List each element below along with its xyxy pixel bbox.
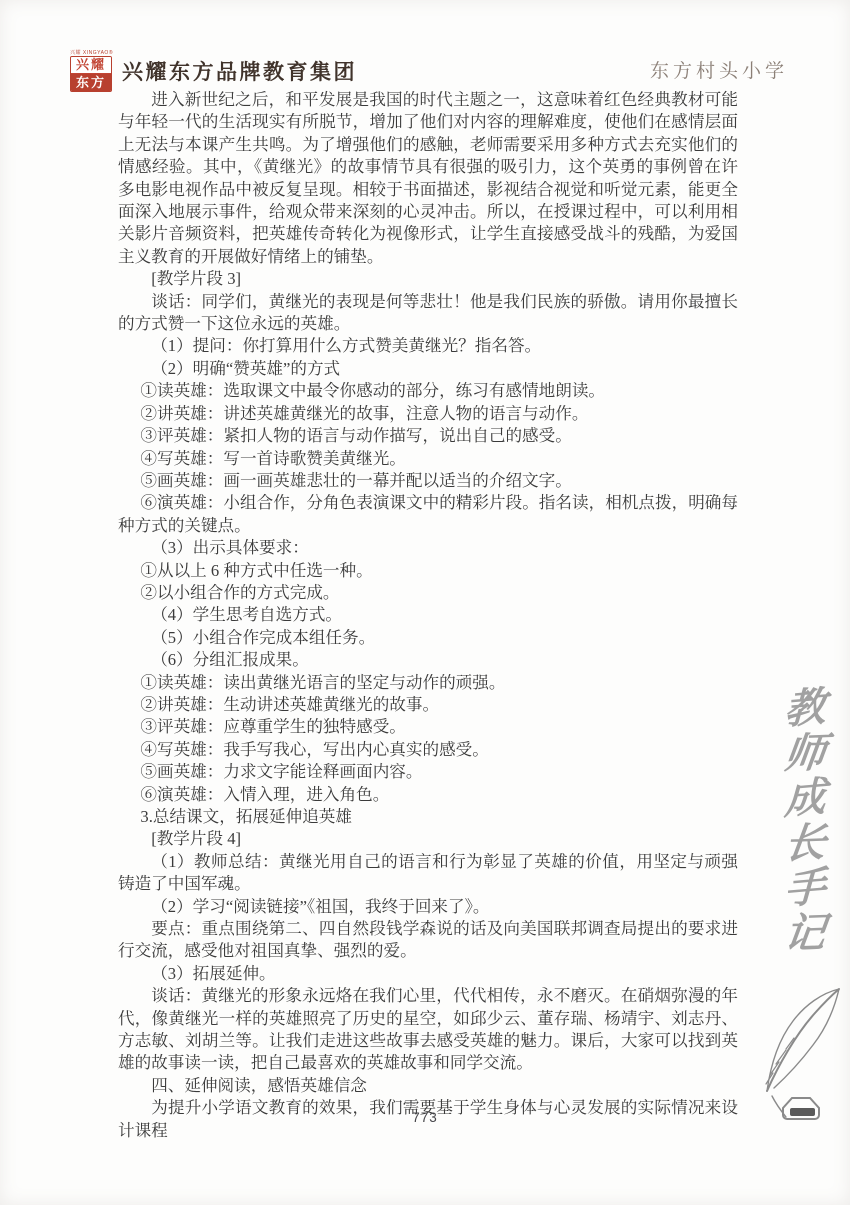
logo-tagline: 兴耀 XINGYAO®	[70, 50, 116, 56]
calligraphy-char: 教	[767, 683, 843, 734]
paragraph: ④写英雄：写一首诗歌赞美黄继光。	[118, 448, 738, 470]
paragraph: 谈话：黄继光的形象永远烙在我们心里，代代相传，永不磨灭。在硝烟弥漫的年代，像黄继…	[118, 985, 738, 1075]
red-seal-icon: 兴耀 东方	[70, 56, 112, 92]
quill-and-ink-icon	[752, 984, 848, 1131]
calligraphy-char: 长	[765, 820, 845, 868]
page-number: 773	[0, 1110, 850, 1125]
paragraph: ①从以上 6 种方式中任选一种。	[118, 560, 738, 582]
brand-seal-logo: 兴耀 XINGYAO® 兴耀 东方	[70, 50, 116, 92]
document-page: 兴耀 XINGYAO® 兴耀 东方 兴耀东方品牌教育集团 东方村头小学 进入新世…	[0, 0, 850, 1205]
paragraph: （3）出示具体要求：	[118, 537, 738, 559]
brand-title: 兴耀东方品牌教育集团	[122, 56, 357, 86]
paragraph: ⑥演英雄：入情入理，进入角色。	[118, 784, 738, 806]
paragraph: （2）学习“阅读链接”《祖国，我终于回来了》。	[118, 896, 738, 918]
paragraph: ②讲英雄：生动讲述英雄黄继光的故事。	[118, 694, 738, 716]
paragraph: （5）小组合作完成本组任务。	[118, 627, 738, 649]
paragraph: ③评英雄：应尊重学生的独特感受。	[118, 716, 738, 738]
paragraph: ①读英雄：选取课文中最令你感动的部分，练习有感情地朗读。	[118, 380, 738, 402]
paragraph: （1）提问：你打算用什么方式赞美黄继光？指名答。	[118, 335, 738, 357]
paragraph: 进入新世纪之后，和平发展是我国的时代主题之一，这意味着红色经典教材可能与年轻一代…	[118, 89, 738, 268]
calligraphy-char: 记	[765, 910, 845, 958]
paragraph: ①读英雄：读出黄继光语言的坚定与动作的顽强。	[118, 672, 738, 694]
paragraph: （2）明确“赞英雄”的方式	[118, 358, 738, 380]
trademark-symbol: ®	[109, 50, 113, 56]
paragraph: ②以小组合作的方式完成。	[118, 582, 738, 604]
paragraph: （1）教师总结：黄继光用自己的语言和行为彰显了英雄的价值，用坚定与顽强铸造了中国…	[118, 851, 738, 896]
paragraph: （3）拓展延伸。	[118, 963, 738, 985]
calligraphy-char: 师	[765, 730, 845, 778]
paragraph: （4）学生思考自选方式。	[118, 604, 738, 626]
paragraph: 谈话：同学们，黄继光的表现是何等悲壮！他是我们民族的骄傲。请用你最擅长的方式赞一…	[118, 291, 738, 336]
calligraphy-char: 成	[767, 773, 843, 824]
paragraph: [教学片段 3]	[118, 268, 738, 290]
paragraph: ⑤画英雄：画一画英雄悲壮的一幕并配以适当的介绍文字。	[118, 470, 738, 492]
paragraph: ④写英雄：我手写我心，写出内心真实的感受。	[118, 739, 738, 761]
calligraphy-char: 手	[767, 863, 843, 914]
paragraph: （6）分组汇报成果。	[118, 649, 738, 671]
paragraph: ②讲英雄：讲述英雄黄继光的故事，注意人物的语言与动作。	[118, 403, 738, 425]
paragraph: 要点：重点围绕第二、四自然段钱学森说的话及向美国联邦调查局提出的要求进行交流，感…	[118, 918, 738, 963]
school-name: 东方村头小学	[650, 56, 788, 83]
paragraph: 四、延伸阅读，感悟英雄信念	[118, 1075, 738, 1097]
paragraph: [教学片段 4]	[118, 828, 738, 850]
paragraph: ③评英雄：紧扣人物的语言与动作描写，说出自己的感受。	[118, 425, 738, 447]
paragraph: 3.总结课文，拓展延伸追英雄	[118, 806, 738, 828]
paragraph: ⑥演英雄：小组合作，分角色表演课文中的精彩片段。指名读，相机点拨，明确每种方式的…	[118, 492, 738, 537]
body-paragraphs: 进入新世纪之后，和平发展是我国的时代主题之一，这意味着红色经典教材可能与年轻一代…	[118, 89, 738, 1142]
margin-calligraphy: 教师成长手记	[768, 686, 842, 956]
paragraph: ⑤画英雄：力求文字能诠释画面内容。	[118, 761, 738, 783]
